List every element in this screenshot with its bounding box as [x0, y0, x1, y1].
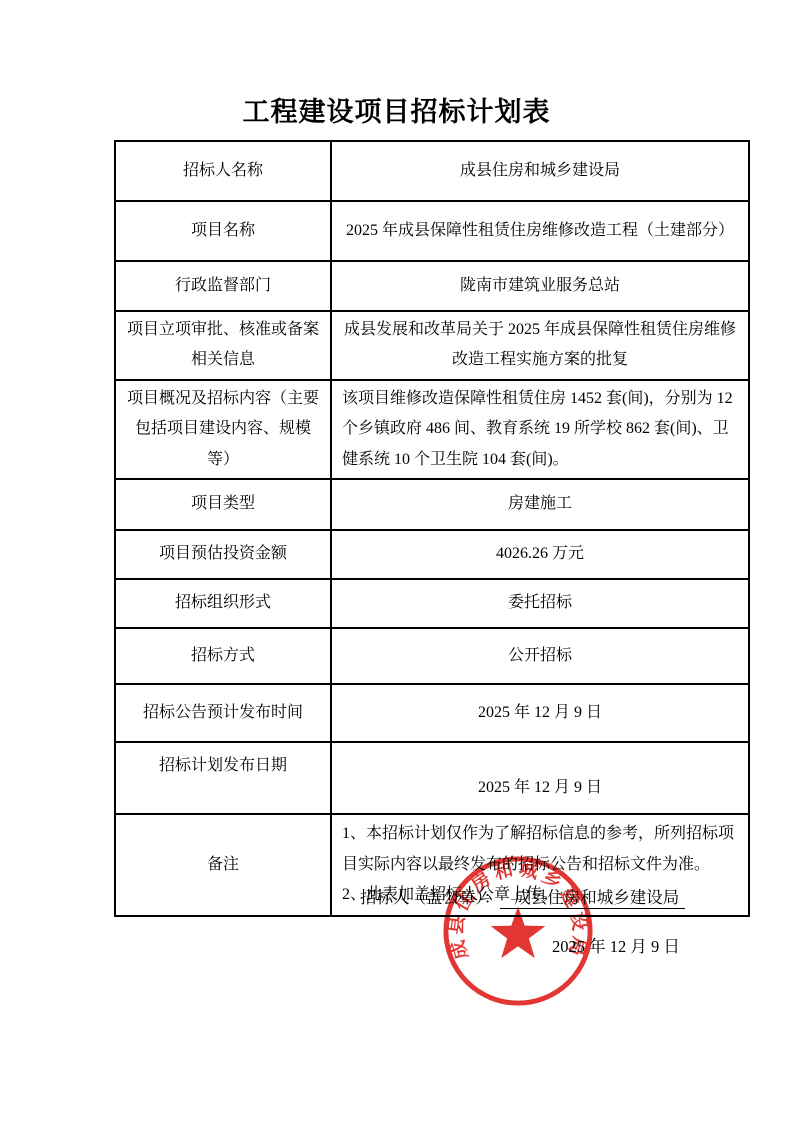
- table-row: 项目概况及招标内容（主要包括项目建设内容、规模等） 该项目维修改造保障性租赁住房…: [115, 380, 749, 479]
- table-row: 招标计划发布日期 2025 年 12 月 9 日: [115, 742, 749, 814]
- row-value-announcement-date: 2025 年 12 月 9 日: [331, 684, 749, 742]
- row-value-project-type: 房建施工: [331, 479, 749, 530]
- table-row: 招标人名称 成县住房和城乡建设局: [115, 141, 749, 201]
- table-row: 项目类型 房建施工: [115, 479, 749, 530]
- document-page: 工程建设项目招标计划表 招标人名称 成县住房和城乡建设局 项目名称 2025 年…: [0, 0, 793, 1122]
- table-row: 项目名称 2025 年成县保障性租赁住房维修改造工程（土建部分）: [115, 201, 749, 261]
- row-label-project-overview: 项目概况及招标内容（主要包括项目建设内容、规模等）: [115, 380, 331, 479]
- row-label-tender-method: 招标方式: [115, 628, 331, 684]
- table-row: 招标方式 公开招标: [115, 628, 749, 684]
- row-label-supervision-dept: 行政监督部门: [115, 261, 331, 311]
- row-value-project-overview: 该项目维修改造保障性租赁住房 1452 套(间)，分别为 12 个乡镇政府 48…: [331, 380, 749, 479]
- row-label-remarks: 备注: [115, 814, 331, 916]
- table-row: 招标公告预计发布时间 2025 年 12 月 9 日: [115, 684, 749, 742]
- row-label-estimated-investment: 项目预估投资金额: [115, 530, 331, 579]
- page-title: 工程建设项目招标计划表: [0, 90, 793, 129]
- row-label-announcement-date: 招标公告预计发布时间: [115, 684, 331, 742]
- table-row: 行政监督部门 陇南市建筑业服务总站: [115, 261, 749, 311]
- row-label-project-name: 项目名称: [115, 201, 331, 261]
- signature-label: 招标人（盖公章）：: [360, 888, 500, 907]
- row-value-organization-form: 委托招标: [331, 579, 749, 628]
- signature-line: 招标人（盖公章）：成县住房和城乡建设局: [360, 888, 685, 908]
- row-value-tender-method: 公开招标: [331, 628, 749, 684]
- row-value-approval-info: 成县发展和改革局关于 2025 年成县保障性租赁住房维修改造工程实施方案的批复: [331, 311, 749, 380]
- row-label-plan-publish-date: 招标计划发布日期: [115, 742, 331, 814]
- row-value-supervision-dept: 陇南市建筑业服务总站: [331, 261, 749, 311]
- table-row: 招标组织形式 委托招标: [115, 579, 749, 628]
- row-label-project-type: 项目类型: [115, 479, 331, 530]
- row-value-project-name: 2025 年成县保障性租赁住房维修改造工程（土建部分）: [331, 201, 749, 261]
- table-row: 项目立项审批、核准或备案相关信息 成县发展和改革局关于 2025 年成县保障性租…: [115, 311, 749, 380]
- row-label-approval-info: 项目立项审批、核准或备案相关信息: [115, 311, 331, 380]
- row-value-estimated-investment: 4026.26 万元: [331, 530, 749, 579]
- row-label-tenderer-name: 招标人名称: [115, 141, 331, 201]
- row-value-tenderer-name: 成县住房和城乡建设局: [331, 141, 749, 201]
- signature-name: 成县住房和城乡建设局: [500, 888, 685, 909]
- remark-line-1: 1、本招标计划仅作为了解招标信息的参考，所列招标项目实际内容以最终发布的招标公告…: [342, 819, 738, 880]
- tender-plan-table: 招标人名称 成县住房和城乡建设局 项目名称 2025 年成县保障性租赁住房维修改…: [114, 140, 750, 917]
- table-row: 项目预估投资金额 4026.26 万元: [115, 530, 749, 579]
- row-label-organization-form: 招标组织形式: [115, 579, 331, 628]
- signature-date: 2025 年 12 月 9 日: [552, 933, 680, 957]
- row-value-plan-publish-date: 2025 年 12 月 9 日: [331, 742, 749, 814]
